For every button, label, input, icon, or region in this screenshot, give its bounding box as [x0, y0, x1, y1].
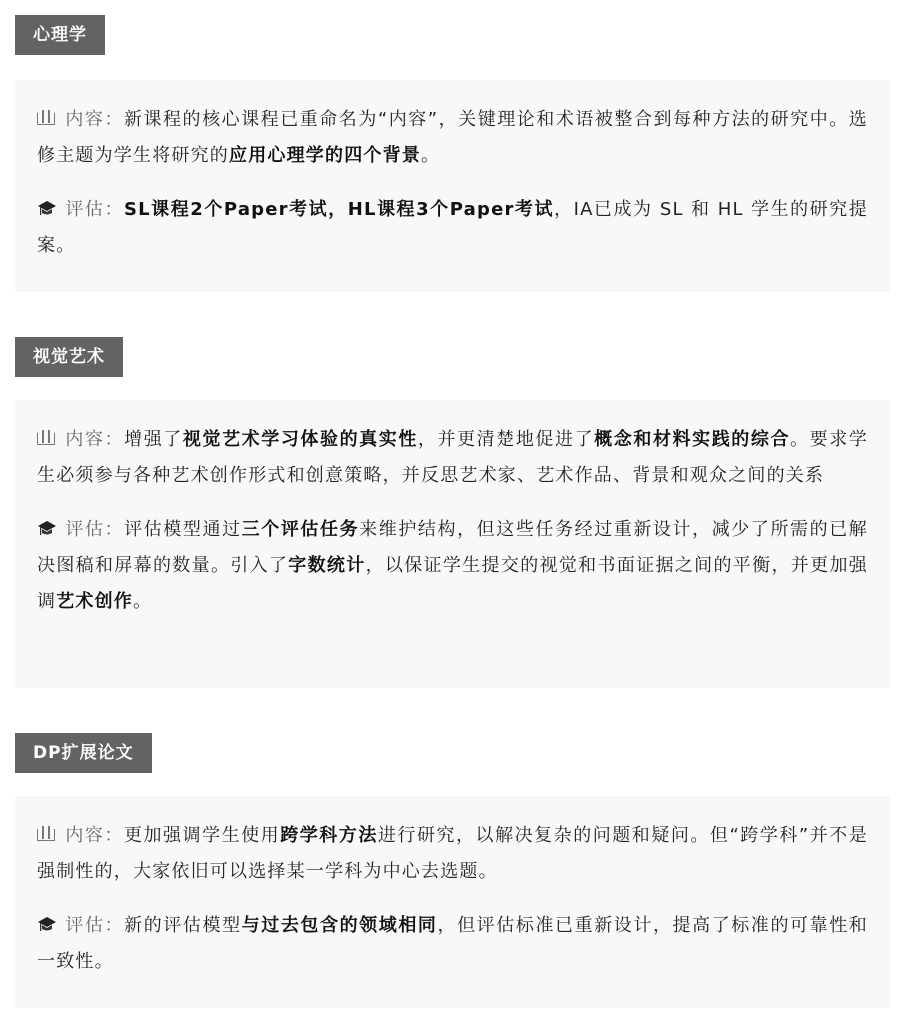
assessment-label: 评估：	[65, 519, 124, 540]
content-label: 内容：	[65, 109, 124, 130]
content-paragraph: 内容：增强了视觉艺术学习体验的真实性，并更清楚地促进了概念和材料实践的综合。要求…	[37, 422, 868, 494]
section-card-psychology: 内容：新课程的核心课程已重命名为“内容”，关键理论和术语被整合到每种方法的研究中…	[15, 80, 890, 292]
section-tag-psychology: 心理学	[15, 15, 105, 55]
graduation-cap-icon	[37, 915, 57, 933]
assessment-label: 评估：	[65, 199, 124, 220]
book-icon	[37, 829, 55, 841]
assessment-paragraph: 评估：SL课程2个Paper考试，HL课程3个Paper考试，IA已成为 SL …	[37, 192, 868, 264]
graduation-cap-icon	[37, 199, 57, 217]
section-tag-extended-essay: DP扩展论文	[15, 733, 152, 773]
content-paragraph: 内容：新课程的核心课程已重命名为“内容”，关键理论和术语被整合到每种方法的研究中…	[37, 102, 868, 174]
section-card-visual-arts: 内容：增强了视觉艺术学习体验的真实性，并更清楚地促进了概念和材料实践的综合。要求…	[15, 400, 890, 688]
assessment-paragraph: 评估：新的评估模型与过去包含的领域相同，但评估标准已重新设计，提高了标准的可靠性…	[37, 908, 868, 980]
content-label: 内容：	[65, 825, 124, 846]
graduation-cap-icon	[37, 519, 57, 537]
section-card-extended-essay: 内容：更加强调学生使用跨学科方法进行研究，以解决复杂的问题和疑问。但“跨学科”并…	[15, 796, 890, 1008]
assessment-label: 评估：	[65, 915, 124, 936]
content-paragraph: 内容：更加强调学生使用跨学科方法进行研究，以解决复杂的问题和疑问。但“跨学科”并…	[37, 818, 868, 890]
book-icon	[37, 433, 55, 445]
book-icon	[37, 113, 55, 125]
assessment-paragraph: 评估：评估模型通过三个评估任务来维护结构，但这些任务经过重新设计，减少了所需的已…	[37, 512, 868, 620]
content-label: 内容：	[65, 429, 124, 450]
section-tag-visual-arts: 视觉艺术	[15, 337, 123, 377]
